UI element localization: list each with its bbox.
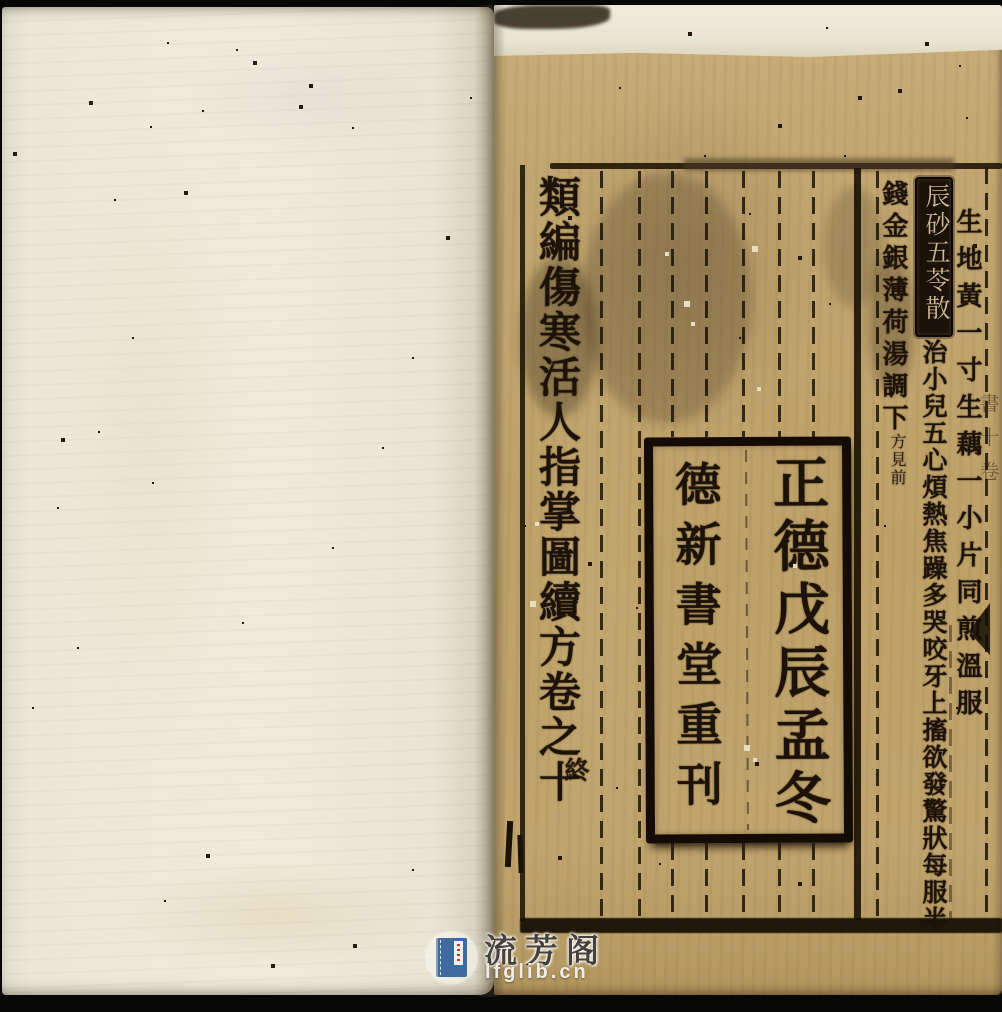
column-rule (671, 171, 674, 437)
printed-right-page: 類編傷寒活人指掌圖續方卷之十 終 正德戊辰孟冬 德新書堂重刊 生地黃一寸生藕一小… (494, 5, 1002, 995)
frame-top-smudge (684, 158, 954, 171)
column-rule (705, 843, 708, 920)
book-scan: 類編傷寒活人指掌圖續方卷之十 終 正德戊辰孟冬 德新書堂重刊 生地黃一寸生藕一小… (0, 0, 1002, 1012)
page-gutter-shadow (474, 5, 516, 997)
column-rule (812, 171, 815, 437)
formula-title-cartouche: 辰砂五苓散 (915, 177, 953, 337)
end-mark: 終 (556, 757, 592, 782)
column-rule (671, 843, 674, 920)
column-rule (600, 171, 603, 920)
watermark-circle (425, 931, 478, 984)
ink-speckles-left (2, 7, 4, 9)
watermark-site-url: lfglib.cn (485, 961, 589, 984)
prescription-line-2: 治小兒五心煩熱焦躁多哭咬牙上搐欲發驚狀每服半 (908, 339, 950, 917)
column-rule (778, 171, 781, 437)
frame-inner-border (854, 168, 861, 920)
book-logo-icon (436, 938, 467, 977)
site-watermark: 流芳阁 lfglib.cn (422, 925, 722, 995)
colophon-box: 正德戊辰孟冬 德新書堂重刊 (644, 436, 853, 843)
colophon-date-column: 正德戊辰孟冬 (756, 454, 838, 830)
colophon-divider (745, 450, 749, 830)
column-rule (742, 171, 745, 437)
prescription-note: 方見前 (886, 433, 908, 497)
ink-haze (582, 173, 752, 423)
frame-left-border (520, 165, 525, 921)
column-rule (778, 843, 781, 920)
volume-title-column: 類編傷寒活人指掌圖續方卷之十 (528, 175, 586, 775)
column-rule (705, 171, 708, 437)
prescription-line-3: 錢金銀薄荷湯調下 (880, 177, 912, 439)
column-rule (742, 843, 745, 920)
colophon-publisher-column: 德新書堂重刊 (661, 460, 729, 828)
column-rule (812, 843, 815, 920)
blank-left-page (2, 7, 494, 995)
formula-title: 辰砂五苓散 (917, 183, 953, 323)
column-rule (638, 171, 641, 920)
adjacent-page-edge-text: 書十卷 (986, 393, 1002, 583)
